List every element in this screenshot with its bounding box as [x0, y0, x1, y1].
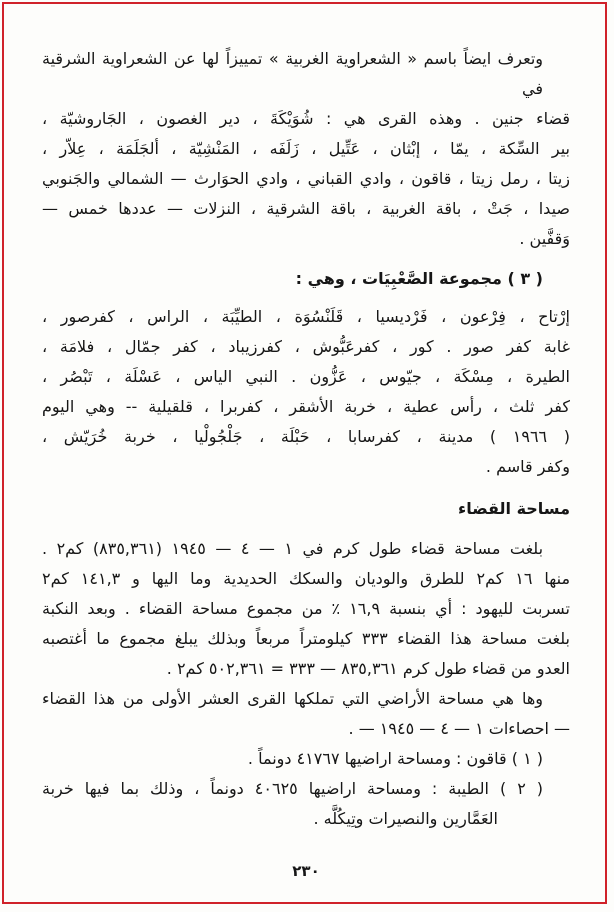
text-line: وها هي مساحة الأراضي التي تملكها القرى ا… [42, 684, 570, 714]
text-line: بلغت مساحة قضاء طول كرم في ١ — ٤ — ١٩٤٥ … [42, 534, 570, 564]
paragraph-shaarawiya: وتعرف ايضاً باسم « الشعراوية الغربية » ت… [42, 44, 570, 254]
text-line: العدو من قضاء طول كرم ٨٣٥,٣٦١ — ٣٣٣ = ٥٠… [42, 654, 570, 684]
text-line: بير السِّكة ، يمّا ، إبْثان ، عَتِّيل ، … [42, 134, 570, 164]
text-line: قضاء جنين . وهذه القرى هي : شُوَيْكَةَ ،… [42, 104, 570, 134]
list-item-qaqun: ( ١ ) قاقون : ومساحة اراضيها ٤١٧٦٧ دونما… [42, 744, 570, 774]
text-line: العَمَّارين والنصيرات وتِيكُلَّه . [42, 804, 570, 834]
page-content: وتعرف ايضاً باسم « الشعراوية الغربية » ت… [42, 44, 570, 886]
text-line: وَقفَّين . [42, 224, 570, 254]
text-line: كفر ثلث ، رأس عطية ، خربة الأشقر ، كفربر… [42, 392, 570, 422]
text-line: — احصاءات ١ — ٤ — ١٩٤٥ — . [42, 714, 570, 744]
text-line: وتعرف ايضاً باسم « الشعراوية الغربية » ت… [42, 44, 570, 104]
text-line: وكفر قاسم . [42, 452, 570, 482]
text-line: تسربت لليهود : أي بنسبة ١٦,٩ ٪ من مجموع … [42, 594, 570, 624]
text-line: منها ١٦ كم٢ للطرق والوديان والسكك الحديد… [42, 564, 570, 594]
text-line: ( ٢ ) الطيبة : ومساحة اراضيها ٤٠٦٢٥ دونم… [42, 774, 570, 804]
book-page: وتعرف ايضاً باسم « الشعراوية الغربية » ت… [0, 0, 614, 912]
text-line: زيتا ، رمل زيتا ، قاقون ، وادي القباني ،… [42, 164, 570, 194]
page-number: ٢٣٠ [42, 856, 570, 886]
paragraph-villages-list: إرْتاح ، فِرْعون ، فَرْديسيا ، قَلَنْسُو… [42, 302, 570, 482]
text-line: ( ١٩٦٦ ) مدينة ، كفرسابا ، حَبْلَة ، جَل… [42, 422, 570, 452]
text-line: إرْتاح ، فِرْعون ، فَرْديسيا ، قَلَنْسُو… [42, 302, 570, 332]
heading-district-area: مساحة القضاء [42, 494, 570, 524]
list-item-tayba: ( ٢ ) الطيبة : ومساحة اراضيها ٤٠٦٢٥ دونم… [42, 774, 570, 834]
text-line: صيدا ، جَتْ ، باقة الغربية ، باقة الشرقي… [42, 194, 570, 224]
paragraph-area-stats: بلغت مساحة قضاء طول كرم في ١ — ٤ — ١٩٤٥ … [42, 534, 570, 684]
text-line: بلغت مساحة هذا القضاء ٣٣٣ كيلومتراً مربع… [42, 624, 570, 654]
paragraph-first-ten-villages: وها هي مساحة الأراضي التي تملكها القرى ا… [42, 684, 570, 744]
text-line: الطيرة ، مِسْكَة ، جيّوس ، عَزُّون . الن… [42, 362, 570, 392]
text-line: غابة كفر صور . كور ، كفرعَبُّوش ، كفرزيب… [42, 332, 570, 362]
heading-saabiyat-group: ( ٣ ) مجموعة الصَّعْبِيَات ، وهي : [42, 264, 570, 294]
